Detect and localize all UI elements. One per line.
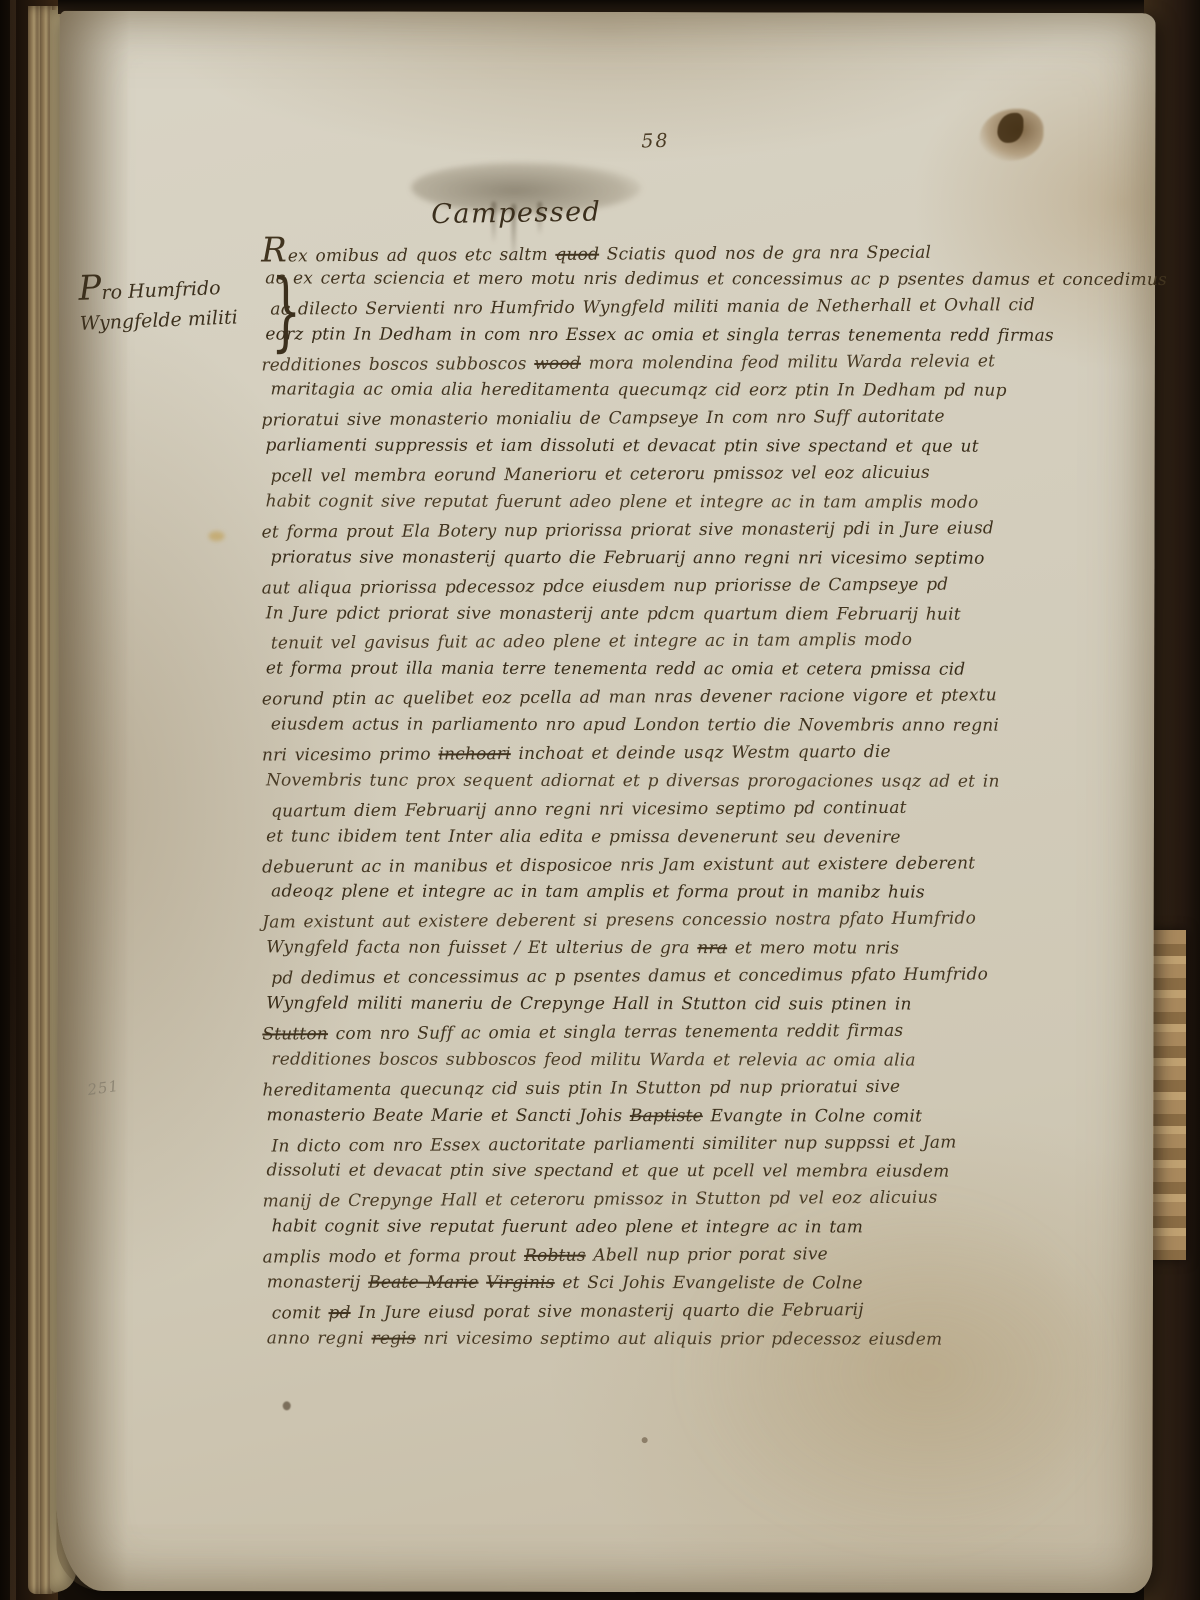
manuscript-line: comit pd In Jure eiusd porat sive monast…: [272, 1296, 1093, 1329]
manuscript-line: aut aliqua priorissa pdecessoz pdce eius…: [262, 570, 1092, 603]
line-text: Wyngfeld facta non fuisset / Et ulterius…: [266, 938, 697, 959]
line-text: aut aliqua priorissa pdecessoz pdce eius…: [262, 574, 949, 598]
line-text: habit cognit sive reputat fuerunt adeo p…: [266, 491, 979, 512]
manuscript-line: et forma prout Ela Botery nup priorissa …: [262, 515, 1092, 548]
manuscript-line: parliamenti suppressis et iam dissoluti …: [266, 433, 1092, 462]
manuscript-line: ac ex certa sciencia et mero motu nris d…: [265, 265, 1091, 294]
line-text: Jam existunt aut existere deberent si pr…: [262, 909, 976, 933]
foxing-spot: [209, 531, 225, 541]
manuscript-line: monasterij Beate Marie Virginis et Sci J…: [267, 1269, 1093, 1298]
manuscript-line: amplis modo et forma prout Robtus Abell …: [263, 1240, 1093, 1273]
book-spine-highlight: [10, 0, 16, 1600]
line-text: eiusdem actus in parliamento nro apud Lo…: [271, 715, 999, 736]
line-text: nri vicesimo septimo aut aliquis prior p…: [416, 1328, 943, 1349]
line-text: nri vicesimo primo: [262, 745, 439, 766]
line-text: pcell vel membra eorund Manerioru et cet…: [271, 463, 930, 487]
line-text: et forma prout illa mania terre tenement…: [266, 659, 966, 680]
struck-text: nra: [697, 938, 727, 958]
struck-text: regis: [371, 1328, 415, 1348]
line-text: Abell nup prior porat sive: [586, 1244, 828, 1265]
line-text: Novembris tunc prox sequent adiornat et …: [266, 770, 1000, 791]
manuscript-line: Novembris tunc prox sequent adiornat et …: [266, 767, 1092, 796]
line-text: ac ex certa sciencia et mero motu nris d…: [265, 268, 1167, 290]
line-text: Rex omibus ad quos etc saltm: [261, 245, 555, 267]
line-text: redditiones boscos subboscos: [261, 354, 534, 376]
line-text: redditiones boscos subboscos feod militu…: [271, 1049, 915, 1070]
line-text: anno regni: [267, 1328, 372, 1348]
manuscript-line: hereditamenta quecunqz cid suis ptin In …: [262, 1072, 1092, 1105]
manuscript-line: eorz ptin In Dedham in com nro Essex ac …: [265, 321, 1091, 350]
manuscript-line: prioratus sive monasterij quarto die Feb…: [271, 544, 1092, 573]
line-text: quartum diem Februarij anno regni nri vi…: [271, 798, 907, 822]
line-text: monasterij: [267, 1272, 369, 1292]
manuscript-line: redditiones boscos subboscos wood mora m…: [261, 347, 1091, 380]
line-text: habit cognit sive reputat fuerunt adeo p…: [272, 1217, 863, 1238]
manuscript-line: In Jure pdict priorat sive monasterij an…: [266, 600, 1092, 629]
manuscript-line: quartum diem Februarij anno regni nri vi…: [271, 794, 1092, 827]
line-text: parliamenti suppressis et iam dissoluti …: [266, 436, 979, 457]
line-text: pd dedimus et concessimus ac p psentes d…: [271, 965, 988, 989]
manuscript-line: pcell vel membra eorund Manerioru et cet…: [270, 459, 1091, 492]
line-text: Evangte in Colne comit: [703, 1106, 922, 1126]
manuscript-line: maritagia ac omia alia hereditamenta que…: [270, 377, 1091, 406]
manuscript-line: et tunc ibidem tent Inter alia edita e p…: [266, 823, 1092, 852]
struck-text: Virginis: [486, 1273, 555, 1293]
gutter-shadow: [56, 11, 129, 1591]
line-text: monasterio Beate Marie et Sancti Johis: [266, 1105, 629, 1126]
line-text: Sciatis quod nos de gra nra Special: [599, 243, 931, 265]
line-text: Wyngfeld militi maneriu de Crepynge Hall…: [266, 993, 911, 1014]
struck-text: quod: [555, 245, 599, 265]
foxing-spot: [283, 1401, 291, 1410]
line-text: et forma prout Ela Botery nup priorissa …: [262, 518, 994, 542]
line-text: et Sci Johis Evangeliste de Colne: [555, 1273, 863, 1294]
manuscript-line: Wyngfeld militi maneriu de Crepynge Hall…: [266, 990, 1092, 1019]
line-text: inchoat et deinde usqz Westm quarto die: [511, 742, 891, 764]
line-text: hereditamenta quecunqz cid suis ptin In …: [262, 1077, 900, 1101]
manuscript-line: Rex omibus ad quos etc saltm quod Sciati…: [261, 236, 1091, 269]
manuscript-line: habit cognit sive reputat fuerunt adeo p…: [272, 1214, 1093, 1243]
line-text: debuerunt ac in manibus et disposicoe nr…: [262, 853, 975, 877]
manuscript-line: pd dedimus et concessimus ac p psentes d…: [271, 961, 1092, 994]
manuscript-line: eiusdem actus in parliamento nro apud Lo…: [271, 712, 1092, 741]
manuscript-line: manij de Crepynge Hall et ceteroru pmiss…: [263, 1184, 1093, 1217]
folio-number: 58: [615, 129, 696, 154]
line-text: comit: [272, 1303, 329, 1323]
manuscript-line: eorund ptin ac quelibet eoz pcella ad ma…: [262, 682, 1092, 715]
line-text: maritagia ac omia alia hereditamenta que…: [270, 380, 1006, 401]
manuscript-line: et forma prout illa mania terre tenement…: [266, 656, 1092, 685]
line-text: In Jure eiusd porat sive monasterij quar…: [351, 1300, 864, 1323]
struck-text: Stutton: [262, 1024, 328, 1044]
manuscript-page: 58 Campessed Pro Humfrido Wyngfelde mili…: [56, 11, 1155, 1593]
manuscript-line: monasterio Beate Marie et Sancti Johis B…: [266, 1102, 1092, 1131]
page-heading: Campessed: [431, 197, 602, 231]
line-text: adeoqz plene et integre ac in tam amplis…: [271, 882, 925, 903]
manuscript-line: Jam existunt aut existere deberent si pr…: [262, 905, 1092, 938]
manuscript-line: tenuit vel gavisus fuit ac adeo plene et…: [271, 626, 1092, 659]
line-text: amplis modo et forma prout: [263, 1246, 525, 1268]
manuscript-body: Rex omibus ad quos etc saltm quod Sciati…: [261, 238, 1093, 1355]
line-text: manij de Crepynge Hall et ceteroru pmiss…: [263, 1188, 938, 1212]
struck-text: inchoari: [438, 744, 511, 764]
foxing-spot: [642, 1437, 648, 1443]
line-text: eorz ptin In Dedham in com nro Essex ac …: [265, 324, 1054, 345]
line-text: et tunc ibidem tent Inter alia edita e p…: [266, 826, 901, 847]
line-text: mora molendina feod militu Warda relevia…: [581, 351, 995, 373]
line-text: ac dilecto Servienti nro Humfrido Wyngfe…: [270, 295, 1035, 319]
struck-text: pd: [328, 1303, 350, 1323]
manuscript-line: debuerunt ac in manibus et disposicoe nr…: [262, 849, 1092, 882]
line-text: com nro Suff ac omia et singla terras te…: [328, 1021, 903, 1044]
line-text: et mero motu nris: [727, 938, 899, 958]
struck-text: Beate Marie: [368, 1273, 478, 1293]
struck-text: Robtus: [524, 1246, 586, 1266]
manuscript-line: In dicto com nro Essex auctoritate parli…: [271, 1128, 1092, 1161]
manuscript-line: Stutton com nro Suff ac omia et singla t…: [262, 1017, 1092, 1050]
manuscript-line: habit cognit sive reputat fuerunt adeo p…: [266, 488, 1092, 517]
line-text: dissoluti et devacat ptin sive spectand …: [267, 1161, 950, 1182]
line-text: tenuit vel gavisus fuit ac adeo plene et…: [271, 630, 912, 654]
line-text: prioratui sive monasterio monialiu de Ca…: [261, 407, 944, 431]
struck-text: Baptiste: [630, 1106, 703, 1126]
line-text: In dicto com nro Essex auctoritate parli…: [271, 1132, 956, 1156]
manuscript-line: nri vicesimo primo inchoari inchoat et d…: [262, 738, 1092, 771]
line-text: eorund ptin ac quelibet eoz pcella ad ma…: [262, 686, 997, 710]
manuscript-line: anno regni regis nri vicesimo septimo au…: [267, 1325, 1093, 1354]
manuscript-line: ac dilecto Servienti nro Humfrido Wyngfe…: [270, 292, 1091, 325]
struck-text: wood: [534, 353, 581, 373]
line-text: In Jure pdict priorat sive monasterij an…: [266, 603, 961, 624]
manuscript-photo: 58 Campessed Pro Humfrido Wyngfelde mili…: [0, 0, 1200, 1600]
manuscript-line: redditiones boscos subboscos feod militu…: [271, 1046, 1092, 1075]
line-text: prioratus sive monasterij quarto die Feb…: [271, 547, 985, 568]
manuscript-line: dissoluti et devacat ptin sive spectand …: [267, 1158, 1093, 1187]
manuscript-line: adeoqz plene et integre ac in tam amplis…: [271, 879, 1092, 908]
manuscript-line: prioratui sive monasterio monialiu de Ca…: [261, 403, 1091, 436]
manuscript-line: Wyngfeld facta non fuisset / Et ulterius…: [266, 935, 1092, 964]
